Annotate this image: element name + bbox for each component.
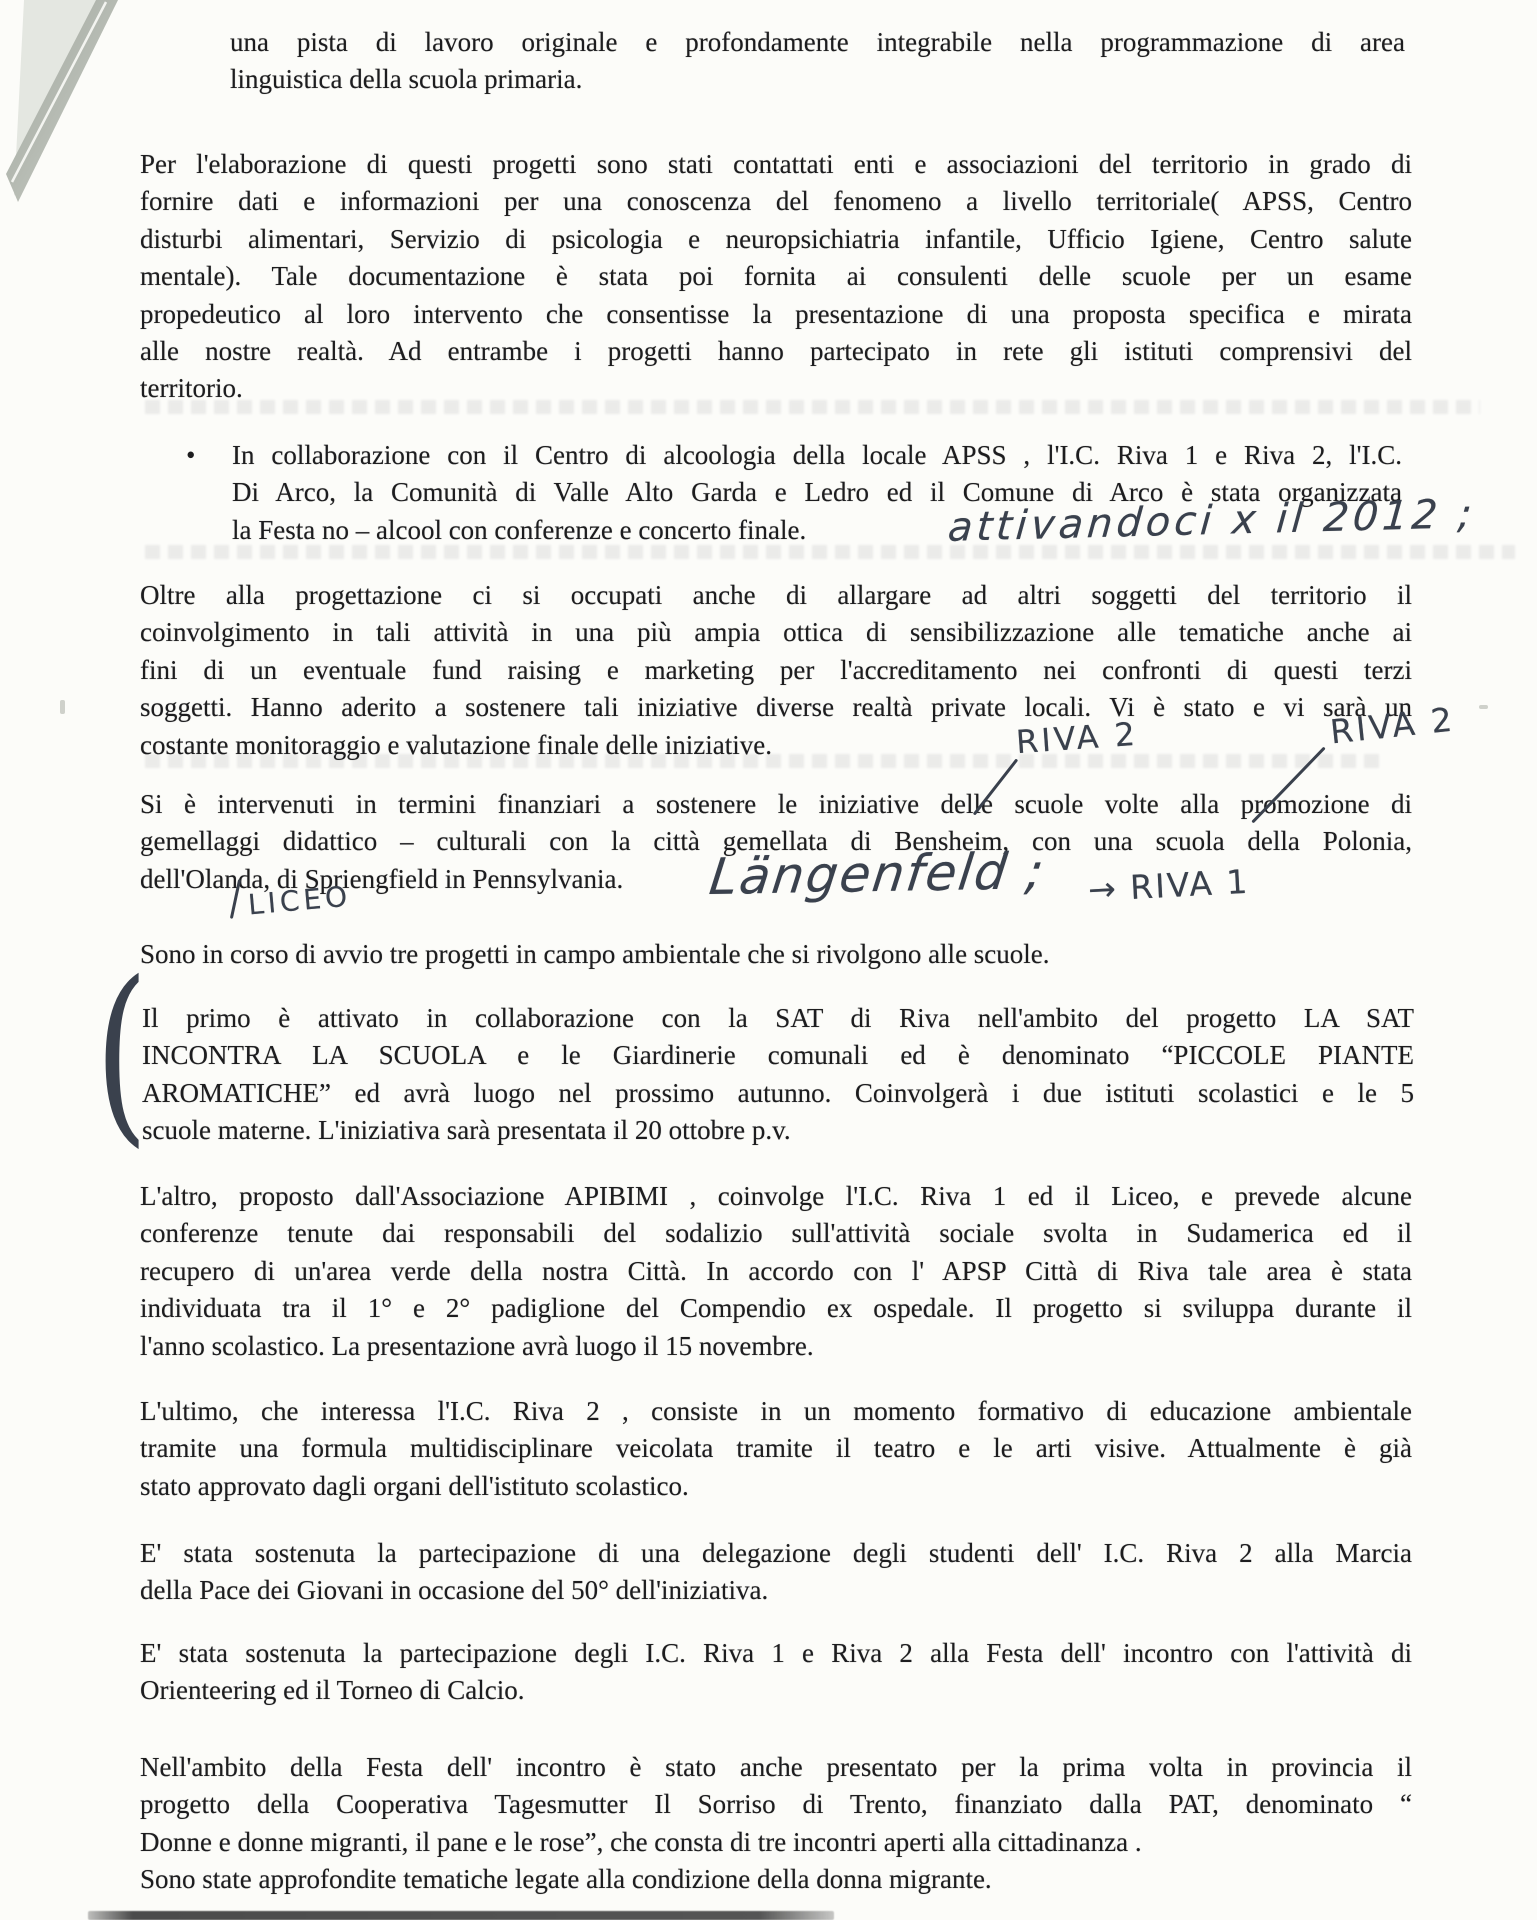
text-line: tramite una formula multidisciplinare ve… — [140, 1430, 1412, 1467]
text-line: soggetti. Hanno aderito a sostenere tali… — [140, 689, 1412, 726]
text-line: Sono state approfondite tematiche legate… — [140, 1861, 1412, 1898]
paragraph-tagesmutter: Nell'ambito della Festa dell' incontro è… — [140, 1749, 1412, 1899]
text-line: coinvolgimento in tali attività in una p… — [140, 614, 1412, 651]
text-line: E' stata sostenuta la partecipazione di … — [140, 1535, 1412, 1572]
paragraph-oltre-progettazione: Oltre alla progettazione ci si occupati … — [140, 577, 1412, 764]
text-line: scuole materne. L'iniziativa sarà presen… — [142, 1112, 1414, 1149]
paragraph-progetti-ambientali: Sono in corso di avvio tre progetti in c… — [140, 936, 1412, 973]
text-line: L'altro, proposto dall'Associazione APIB… — [140, 1178, 1412, 1215]
text-line: mentale). Tale documentazione è stata po… — [140, 258, 1412, 295]
text-line: recupero di un'area verde della nostra C… — [140, 1253, 1412, 1290]
text-line: progetto della Cooperativa Tagesmutter I… — [140, 1786, 1412, 1823]
text-line: territorio. — [140, 370, 1412, 407]
scanned-page: una pista di lavoro originale e profonda… — [0, 0, 1537, 1920]
text-line: E' stata sostenuta la partecipazione deg… — [140, 1635, 1412, 1672]
text-line: L'ultimo, che interessa l'I.C. Riva 2 , … — [140, 1393, 1412, 1430]
paragraph-altro-progetto: L'altro, proposto dall'Associazione APIB… — [140, 1178, 1412, 1365]
text-line: della Pace dei Giovani in occasione del … — [140, 1572, 1412, 1609]
text-line: Si è intervenuti in termini finanziari a… — [140, 786, 1412, 823]
handwritten-note-langenfeld: Längenfeld ; — [706, 842, 1048, 906]
text-line: AROMATICHE” ed avrà luogo nel prossimo a… — [142, 1075, 1414, 1112]
paragraph-primo-progetto: Il primo è attivato in collaborazione co… — [142, 1000, 1414, 1150]
text-line: Nell'ambito della Festa dell' incontro è… — [140, 1749, 1412, 1786]
paragraph-orienteering: E' stata sostenuta la partecipazione deg… — [140, 1635, 1412, 1710]
text-line: disturbi alimentari, Servizio di psicolo… — [140, 221, 1412, 258]
paragraph-elaborazione: Per l'elaborazione di questi progetti so… — [140, 146, 1412, 408]
text-line: INCONTRA LA SCUOLA e le Giardinerie comu… — [142, 1037, 1414, 1074]
text-line: propedeutico al loro intervento che cons… — [140, 296, 1412, 333]
text-line: Orienteering ed il Torneo di Calcio. — [140, 1672, 1412, 1709]
text-line: una pista di lavoro originale e profonda… — [230, 24, 1405, 61]
paragraph-ultimo-progetto: L'ultimo, che interessa l'I.C. Riva 2 , … — [140, 1393, 1412, 1505]
paragraph-intro-indent: una pista di lavoro originale e profonda… — [230, 24, 1405, 99]
text-line: linguistica della scuola primaria. — [230, 61, 1405, 98]
text-line: individuata tra il 1° e 2° padiglione de… — [140, 1290, 1412, 1327]
text-line: Donne e donne migranti, il pane e le ros… — [140, 1824, 1412, 1861]
handwritten-parenthesis-mark: ( — [95, 935, 149, 1170]
text-line: Oltre alla progettazione ci si occupati … — [140, 577, 1412, 614]
handwritten-note-arrow-riva1: → RIVA 1 — [1087, 862, 1250, 909]
text-line: fini di un eventuale fund raising e mark… — [140, 652, 1412, 689]
page-corner-fold — [0, 0, 140, 210]
text-line: fornire dati e informazioni per una cono… — [140, 183, 1412, 220]
text-line: Il primo è attivato in collaborazione co… — [142, 1000, 1414, 1037]
scan-speck — [60, 700, 65, 714]
text-line: Per l'elaborazione di questi progetti so… — [140, 146, 1412, 183]
text-line: conferenze tenute dai responsabili del s… — [140, 1215, 1412, 1252]
paragraph-marcia-pace: E' stata sostenuta la partecipazione di … — [140, 1535, 1412, 1610]
scan-speck — [1479, 705, 1488, 709]
bullet-dot: • — [186, 437, 195, 474]
text-line: alle nostre realtà. Ad entrambe i proget… — [140, 333, 1412, 370]
text-line: In collaborazione con il Centro di alcoo… — [232, 437, 1402, 474]
text-line: Sono in corso di avvio tre progetti in c… — [140, 936, 1412, 973]
text-line: costante monitoraggio e valutazione fina… — [140, 727, 1412, 764]
scan-bottom-strip — [88, 1911, 834, 1920]
text-line: l'anno scolastico. La presentazione avrà… — [140, 1328, 1412, 1365]
text-line: stato approvato dagli organi dell'istitu… — [140, 1468, 1412, 1505]
